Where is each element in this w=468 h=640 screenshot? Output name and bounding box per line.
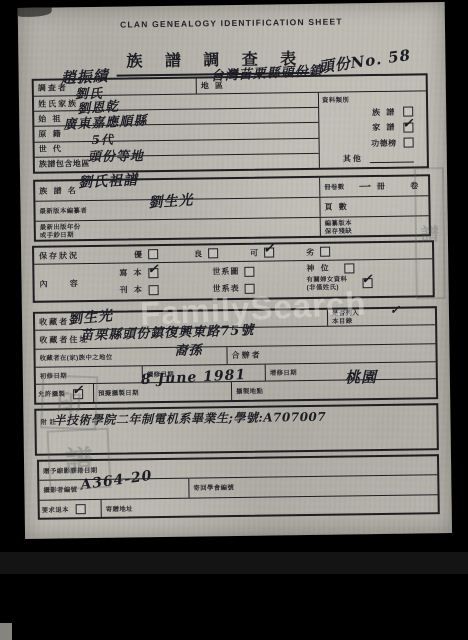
send-address-label: 寄贈地址 <box>106 504 133 513</box>
grade-poor-checkbox <box>320 247 330 257</box>
material-type-box: 資料類別 族 譜 家 譜 功德榜 其他 <box>319 91 427 167</box>
content-label: 內 容 <box>39 278 87 290</box>
form-paper: CLAN GENEALOGY IDENTIFICATION SHEET 族 譜 … <box>18 2 452 539</box>
holder-label: 收藏者 <box>39 316 69 327</box>
content-option-label: 世系圖 <box>212 266 239 277</box>
condition-label: 保存狀況 <box>39 250 79 262</box>
pages-label: 頁 數 <box>324 201 348 212</box>
seal-bleedthrough-bottom-2: 譜 <box>47 428 112 491</box>
position-label: 收藏者在(家)族中之地位 <box>40 353 113 363</box>
partner-label: 合辦者 <box>231 350 261 361</box>
edition-label: 編纂版本 <box>325 220 352 227</box>
grade-label: 可 <box>250 247 260 258</box>
english-title: CLAN GENEALOGY IDENTIFICATION SHEET <box>18 15 445 31</box>
printed-checkbox <box>149 285 159 295</box>
grade-label: 良 <box>194 248 204 259</box>
pub-date-label-line1: 最新出版年份 <box>40 223 81 230</box>
film-band <box>0 552 468 574</box>
content-option-label: 刊 本 <box>120 284 144 295</box>
film-edge-patch <box>0 623 12 640</box>
family-genealogy-checkbox <box>403 122 413 132</box>
material-option-label: 家 譜 <box>372 122 396 133</box>
planned-filming-date-label: 預擬攝製日期 <box>98 388 139 397</box>
grade-label: 劣 <box>306 246 316 257</box>
grade-label: 優 <box>134 249 144 260</box>
grade-fair-checkbox <box>264 247 274 257</box>
material-other-label: 其他 <box>343 153 363 164</box>
material-option-label: 功德榜 <box>371 137 397 148</box>
pub-date-label-line2: 或手鈔日期 <box>40 232 74 239</box>
volumes-label: 冊卷數 <box>324 183 345 192</box>
return-request-checkbox <box>76 504 86 514</box>
microfilm-frame: CLAN GENEALOGY IDENTIFICATION SHEET 族 譜 … <box>0 0 468 640</box>
corner-note-handwriting: 頭份No. 58 <box>317 44 412 77</box>
grade-good-checkbox <box>208 248 218 258</box>
addition-date-label: 增修日期 <box>270 368 297 377</box>
volumes-unit-ce: 冊 <box>377 181 387 192</box>
filming-place-label: 攝製地點 <box>236 387 263 396</box>
grade-excellent-checkbox <box>148 249 158 259</box>
damage-label: 保存殘缺 <box>325 228 352 235</box>
ancestor-label: 始 祖 <box>38 113 62 124</box>
material-option-label: 族 譜 <box>372 106 396 117</box>
lineage-chart-checkbox <box>244 266 254 276</box>
seal-bleedthrough-right: 譜 <box>414 167 446 299</box>
origin-label: 原 籍 <box>38 128 62 139</box>
book-name-handwriting: 劉氏祖譜 <box>78 169 139 192</box>
generations-label: 世 代 <box>39 144 63 155</box>
coverage-handwriting: 頭份等地 <box>88 145 144 165</box>
clan-label: 姓氏家族 <box>38 98 78 110</box>
compiler-label: 最新版本編纂者 <box>39 206 87 215</box>
content-option-label: 寫 本 <box>119 267 143 278</box>
content-option-label: 神 位 <box>306 263 330 274</box>
compiler-handwriting: 劉生光 <box>148 189 194 212</box>
seal-bleedthrough-bottom-1: 印 <box>40 374 98 430</box>
women-data-label: 有關婦女資料 <box>306 276 347 283</box>
other-blank-line <box>370 153 414 163</box>
coverage-label: 族譜包含地區 <box>39 158 90 170</box>
film-place-handwriting: 桃園 <box>345 366 377 387</box>
merit-board-checkbox <box>404 137 414 147</box>
volumes-handwriting: 一 <box>358 178 371 195</box>
book-name-label: 族 譜 名 <box>39 185 78 197</box>
position-handwriting: 裔孫 <box>174 339 202 358</box>
listed-check-handwriting: ✓ <box>390 303 401 317</box>
manuscript-checkbox <box>149 268 159 278</box>
edge-smudge <box>18 8 52 17</box>
ancestral-tablet-checkbox <box>345 263 355 273</box>
society-number-label: 寄回學會編號 <box>193 483 234 492</box>
return-request-label: 要求退本 <box>42 505 69 514</box>
